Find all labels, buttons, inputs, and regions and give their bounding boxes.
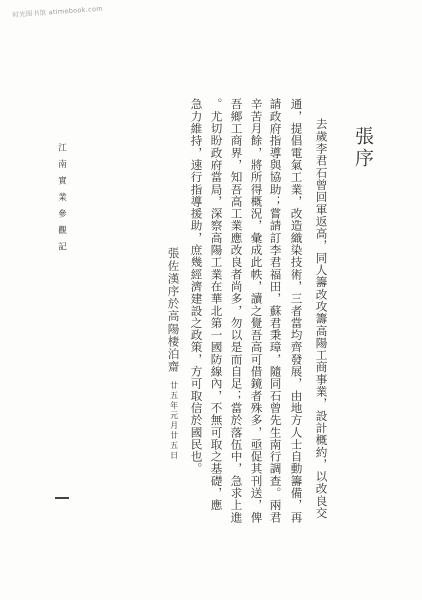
signature-date: 廿五年元月廿五日 — [170, 381, 179, 461]
scanned-page: 时光图书馆 atimebook.com 張序 去歲李君石曾回軍返高，同人籌改攻籌… — [0, 0, 422, 600]
preface-signature: 張佐漢序於高陽棲泊齋廿五年元月廿五日 — [167, 247, 179, 461]
page-number: 一 — [55, 497, 69, 499]
running-title: 江南實業參觀記 — [57, 143, 66, 259]
preface-column-6: 。尤切盼政府當局，深察高陽工業在華北第一國防線內，不無可取之基礎，應 — [210, 98, 222, 511]
preface-column-4: 辛苦月餘，將所得概況，彙成此帙，讀之覺吾高可借鏡者殊多，亟促其刊送，俾 — [250, 98, 262, 523]
preface-column-1: 去歲李君石曾回軍返高，同人籌改攻籌高陽工商事業，設計概約，以改良交 — [315, 118, 327, 519]
signature-author: 張佐漢序於高陽棲泊齋 — [167, 247, 181, 373]
preface-column-5: 吾鄉工商界，知吾高工業應改良者尚多，勿以是而自足；當於落伍中，急求上進 — [230, 98, 242, 523]
preface-column-2: 通，提倡電氣工業，改造織染技術，三者當均齊發展，由地方人士自動籌備，再 — [290, 98, 302, 523]
site-watermark: 时光图书馆 atimebook.com — [12, 4, 103, 19]
preface-column-3: 請政府指導與協助；嘗請訂李君福田，蘇君秉璋，隨同石曾先生南行調查。兩君 — [269, 98, 281, 523]
preface-column-7: 急力維持，速行指導援助，庶幾經濟建設之政策，方可取信於國民也。 — [190, 98, 202, 475]
preface-title: 張序 — [353, 126, 372, 170]
